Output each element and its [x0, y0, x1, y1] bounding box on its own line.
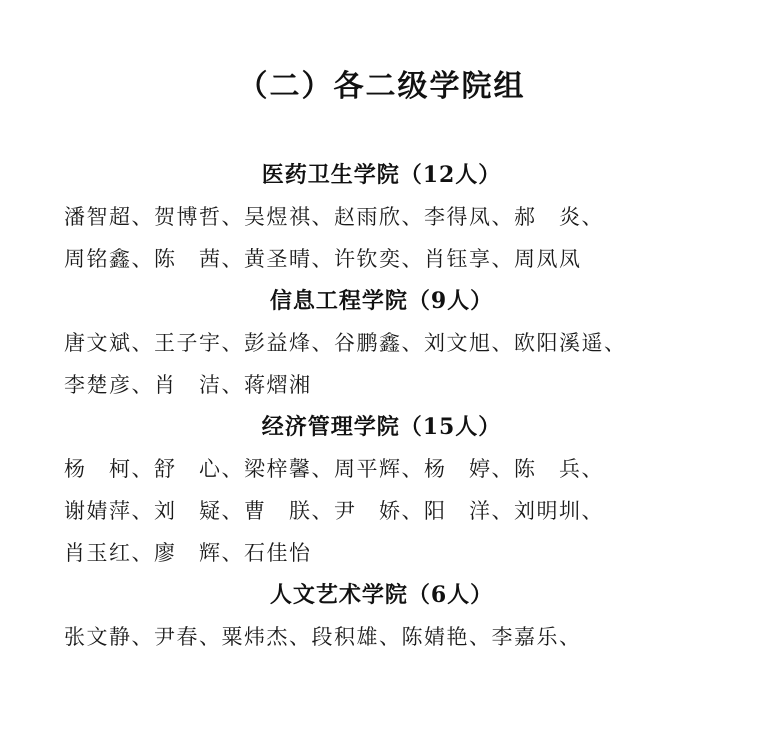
section-heading-medical-health: 医药卫生学院（12人）: [0, 154, 763, 196]
section-heading-economic-management: 经济管理学院（15人）: [0, 406, 763, 448]
names-line: 周铭鑫、陈 茜、黄圣晴、许钦奕、肖钰享、周凤凤: [64, 238, 703, 280]
section-heading-humanities-arts: 人文艺术学院（6人）: [0, 574, 763, 616]
names-line: 唐文斌、王子宇、彭益烽、谷鹏鑫、刘文旭、欧阳溪遥、: [64, 322, 703, 364]
page-title: （二）各二级学院组: [0, 0, 763, 106]
names-line: 李楚彦、肖 洁、蒋熠湘: [64, 364, 703, 406]
names-line: 谢婧萍、刘 疑、曹 朕、尹 娇、阳 洋、刘明圳、: [64, 490, 703, 532]
names-line: 肖玉红、廖 辉、石佳怡: [64, 532, 703, 574]
section-information-engineering-college: 信息工程学院（9人） 唐文斌、王子宇、彭益烽、谷鹏鑫、刘文旭、欧阳溪遥、 李楚彦…: [0, 280, 763, 406]
section-economic-management-college: 经济管理学院（15人） 杨 柯、舒 心、梁梓馨、周平辉、杨 婷、陈 兵、 谢婧萍…: [0, 406, 763, 574]
names-line: 杨 柯、舒 心、梁梓馨、周平辉、杨 婷、陈 兵、: [64, 448, 703, 490]
names-line: 张文静、尹春、粟炜杰、段积雄、陈婧艳、李嘉乐、: [64, 616, 703, 658]
names-line: 潘智超、贺博哲、吴煜祺、赵雨欣、李得凤、郝 炎、: [64, 196, 703, 238]
section-heading-information-engineering: 信息工程学院（9人）: [0, 280, 763, 322]
document-body: 医药卫生学院（12人） 潘智超、贺博哲、吴煜祺、赵雨欣、李得凤、郝 炎、 周铭鑫…: [0, 154, 763, 658]
section-humanities-arts-college: 人文艺术学院（6人） 张文静、尹春、粟炜杰、段积雄、陈婧艳、李嘉乐、: [0, 574, 763, 658]
document-page: （二）各二级学院组 医药卫生学院（12人） 潘智超、贺博哲、吴煜祺、赵雨欣、李得…: [0, 0, 763, 738]
section-medical-health-college: 医药卫生学院（12人） 潘智超、贺博哲、吴煜祺、赵雨欣、李得凤、郝 炎、 周铭鑫…: [0, 154, 763, 280]
